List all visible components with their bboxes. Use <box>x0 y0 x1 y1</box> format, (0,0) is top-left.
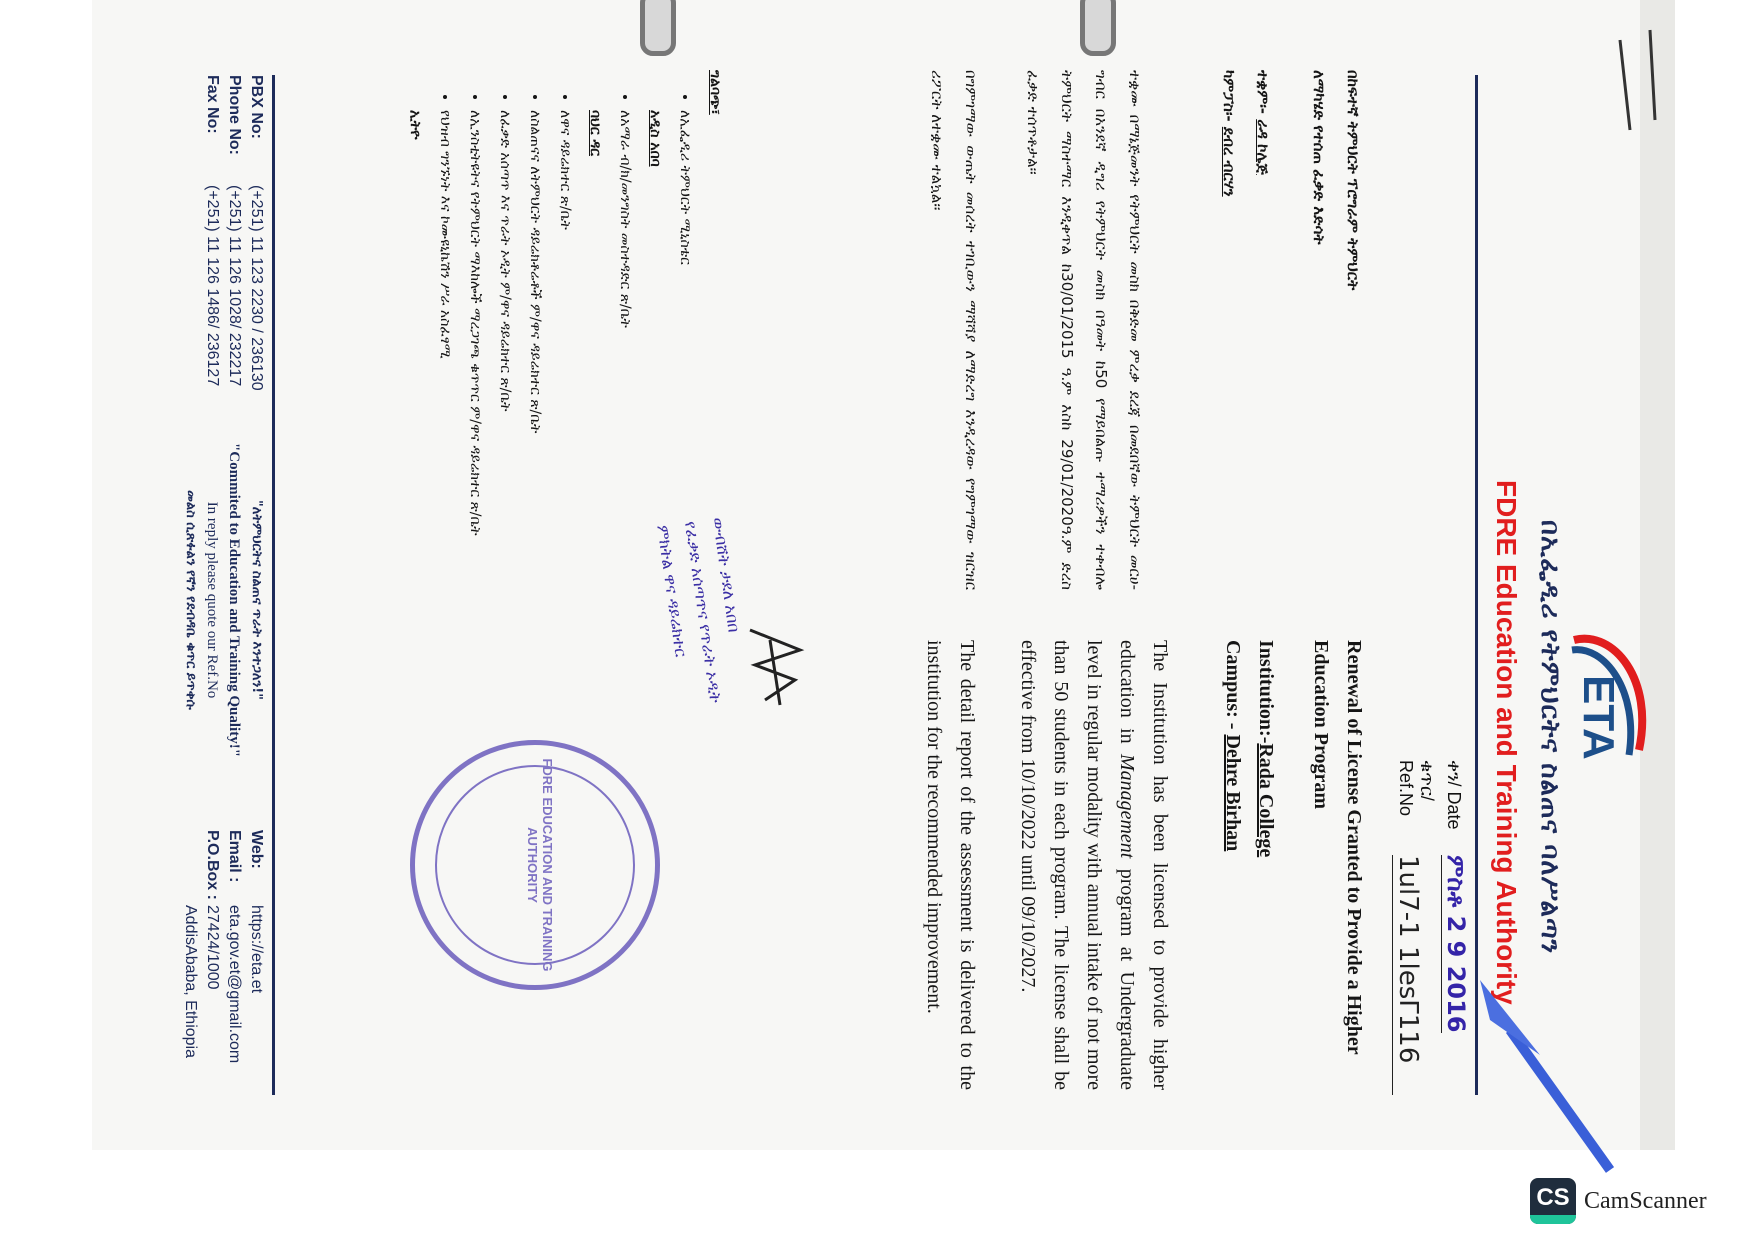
cc-item-text: ለፈቃድ አሰጣጥ እና ጥራት ኦዲት ም/ዋና ዳይሬክተር ጽ/ቤት <box>497 110 513 412</box>
email-value[interactable]: eta.gov.et@gmail.com <box>226 905 243 1063</box>
cc-item: ለኢፌዲሪ ትምህርት ሚኒስቴር <box>670 110 700 690</box>
date-stamp: ምስቶ 2 9 2016 <box>1441 855 1470 1033</box>
cc-title: ግልባጭ፣ <box>700 70 730 690</box>
footer-motto: "ለትምህርትና ስልጠና ጥራት እንተጋለን!" "Commited to … <box>179 420 267 780</box>
institution-value-amharic: ራዳ ኮሌጅ <box>1254 119 1272 175</box>
pbx-label: PBX No: <box>245 75 267 185</box>
authority-name-amharic: በኢፌዲሪ የትምህርትና ስልጠና ባለሥልጣን <box>1534 520 1565 954</box>
date-ref-block: ቀን/ Dateምስቶ 2 9 2016 ቁጥር/ Ref.No1ul7-1 1… <box>1392 760 1470 1095</box>
header-divider <box>1475 75 1478 1095</box>
cc-item: ለስልጠናና ለትምህርት ዳይሬክቶሬቶች ም/ዋና ዳይሬክተር ጽ/ቤት <box>520 110 550 690</box>
amharic-column: በከፍተኛ ትምህርት ፕሮግራም ትምህርት ለማካሄድ የተሰጠ ፈቃድ እ… <box>920 70 1370 590</box>
body-paragraph-english-1: The Institution has been licensed to pro… <box>1011 640 1176 1090</box>
institution-label-amharic: ተቋም፡- <box>1254 70 1272 114</box>
cc-item: ለዋና ዳይሬክተር ጽ/ቤት <box>550 110 580 690</box>
subject-amharic-line1: በከፍተኛ ትምህርት ፕሮግራም ትምህርት <box>1336 70 1370 590</box>
english-column: Renewal of License Granted to Provide a … <box>917 640 1370 1090</box>
city-value: AddisAbaba, Ethiopia <box>182 905 199 1058</box>
motto-amharic: "ለትምህርትና ስልጠና ጥራት እንተጋለን!" <box>245 420 267 780</box>
camscanner-brand: CamScanner <box>1584 1188 1707 1215</box>
cc-item-sub: ባህር ዳር <box>580 110 610 690</box>
motto-english: "Commited to Education and Training Qual… <box>223 420 245 780</box>
cc-item: የህዝብ ግንኙነት እና ኮሙዩኒኬሽን ሥራ አስፈፃሚ <box>430 110 460 690</box>
footer-web: Web:https://eta.et Email :eta.gov.et@gma… <box>179 830 267 1063</box>
cc-item: ለኢንስቲትዩትና የትምህርት ማእከሎች ማረጋገጫ ቁጥጥር ም/ዋና ዳ… <box>460 110 490 690</box>
body-paragraph-english-2: The detail report of the assessment is d… <box>917 640 983 1090</box>
cc-item-text: የህዝብ ግንኙነት እና ኮሙዩኒኬሽን ሥራ አስፈፃሚ <box>437 110 453 359</box>
subject-amharic-line2: ለማካሄድ የተሰጠ ፈቃድ እድሳት <box>1302 70 1336 590</box>
fax-value: (+251) 11 126 1486/ 236127 <box>204 185 221 386</box>
cc-item-sub: ኢትዮ <box>400 110 430 690</box>
cc-item-text: ለኢንስቲትዩትና የትምህርት ማእከሎች ማረጋገጫ ቁጥጥር ም/ዋና ዳ… <box>467 110 483 536</box>
cc-item-text: ለአማራ ብ/ክ/መንግስት መስተዳድር ጽ/ቤት <box>617 110 633 328</box>
official-stamp: FDRE EDUCATION AND TRAINING AUTHORITY <box>410 740 660 990</box>
web-value[interactable]: https://eta.et <box>248 905 265 993</box>
footer-divider <box>272 75 275 1095</box>
campus-value-amharic: ደብረ ብርሃን <box>1220 127 1238 197</box>
campus-label: Campus: - <box>1222 640 1244 729</box>
reply-note-english: In reply please quote our Ref.No <box>201 420 223 780</box>
stamp-text: FDRE EDUCATION AND TRAINING AUTHORITY <box>525 745 555 985</box>
cc-item: ለፈቃድ አሰጣጥ እና ጥራት ኦዲት ም/ዋና ዳይሬክተር ጽ/ቤት <box>490 110 520 690</box>
cc-item-sub: አዲስ አበባ <box>640 110 670 690</box>
reply-note-amharic: መልስ ሲጽፉልን የኛን የደብዳቤ ቁጥር ይጥቀሱ <box>179 420 201 780</box>
institution-value: Rada College <box>1255 743 1277 857</box>
cc-list: ግልባጭ፣ ለኢፌዲሪ ትምህርት ሚኒስቴር አዲስ አበባ ለአማራ ብ/ክ… <box>400 70 730 690</box>
camscanner-watermark: CS CamScanner <box>1530 1178 1707 1224</box>
fax-label: Fax No: <box>201 75 223 185</box>
cc-item-text: ለስልጠናና ለትምህርት ዳይሬክቶሬቶች ም/ዋና ዳይሬክተር ጽ/ቤት <box>527 110 543 433</box>
web-label: Web: <box>245 830 267 905</box>
pbx-value: (+251) 11 123 2230 / 236130 <box>248 185 265 391</box>
date-label: ቀን/ Date <box>1443 760 1464 855</box>
pobox-label: P.O.Box : <box>201 830 223 905</box>
phone-value: (+251) 11 126 1028/ 232217 <box>226 185 243 386</box>
ref-number: 1ul7-1 1lesΓ116 <box>1392 855 1423 1095</box>
authority-name-english: FDRE Education and Training Authority <box>1490 480 1522 1005</box>
eta-logo-icon: ETA <box>1564 620 1654 770</box>
svg-text:ETA: ETA <box>1574 675 1623 760</box>
phone-label: Phone No: <box>223 75 245 185</box>
body-paragraph-amharic-1: ተቋሙ በማኔጅመንት የትምህርት መስክ በቅድመ ምረቃ ደረጃ በመደበ… <box>1016 70 1152 590</box>
ref-label: ቁጥር/ Ref.No <box>1395 760 1437 855</box>
program-name: Management <box>1116 754 1138 858</box>
cc-item-text: ለኢፌዲሪ ትምህርት ሚኒስቴር <box>677 110 693 265</box>
email-label: Email : <box>223 830 245 905</box>
campus-value: Dehre Birhan <box>1222 734 1244 851</box>
pobox-value: 27424/1000 <box>204 905 221 990</box>
body-paragraph-amharic-2: በግምገማው ውጤት መሰረት ተገቢውን ማሻሻያ ለማድረግ እንዲረዳው … <box>920 70 988 590</box>
institution-label: Institution:- <box>1255 640 1277 743</box>
blue-arrow-icon <box>1470 960 1620 1180</box>
footer-contacts: PBX No:(+251) 11 123 2230 / 236130 Phone… <box>201 75 267 391</box>
subject-english: Renewal of License Granted to Provide a … <box>1304 640 1370 1090</box>
camscanner-icon: CS <box>1530 1178 1576 1224</box>
cc-item-text: ለዋና ዳይሬክተር ጽ/ቤት <box>557 110 573 230</box>
letter-page: ETA በኢፌዲሪ የትምህርትና ስልጠና ባለሥልጣን FDRE Educa… <box>100 0 1660 1150</box>
cc-item: ለአማራ ብ/ክ/መንግስት መስተዳድር ጽ/ቤት <box>610 110 640 690</box>
campus-label-amharic: ካምፓስ፡- <box>1220 70 1238 122</box>
